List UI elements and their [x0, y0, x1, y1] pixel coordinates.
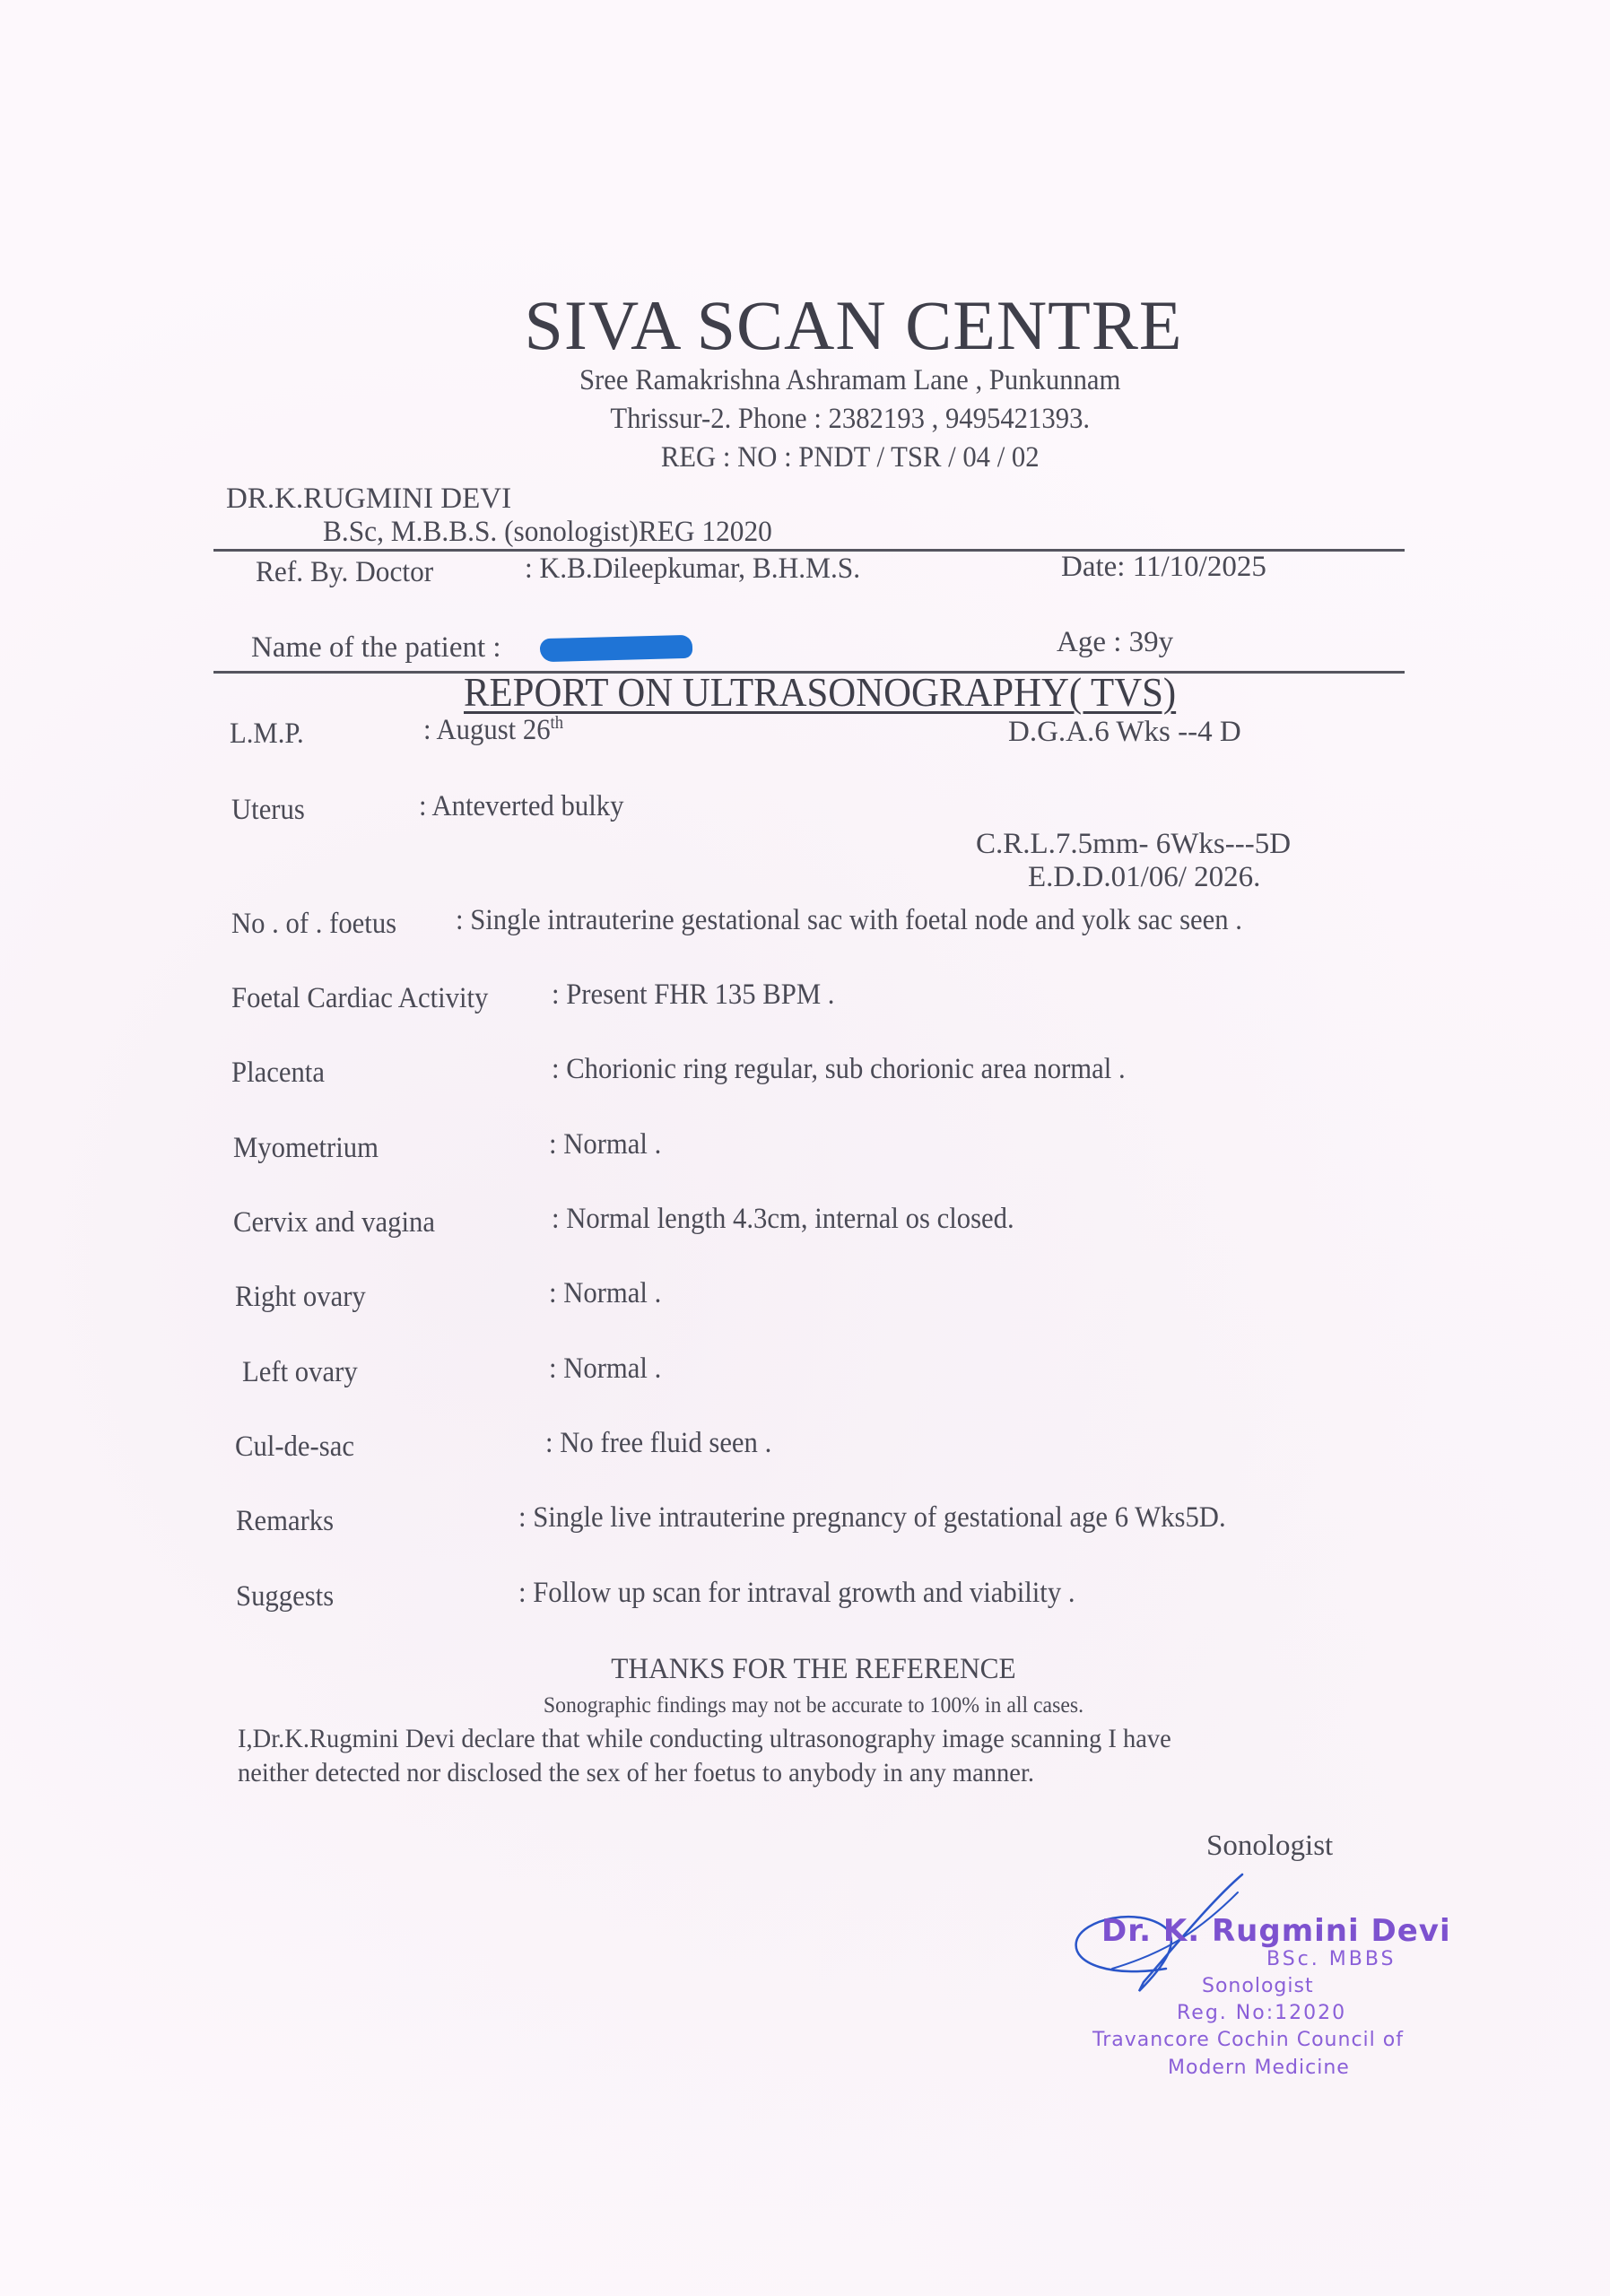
finding-value: : Normal .	[549, 1352, 661, 1386]
finding-label: Placenta	[231, 1057, 325, 1090]
finding-value: : Chorionic ring regular, sub chorionic …	[552, 1053, 1126, 1086]
finding-value: : Present FHR 135 BPM .	[552, 978, 834, 1012]
finding-value: : Single live intrauterine pregnancy of …	[518, 1501, 1226, 1535]
stamp-council-line2: Modern Medicine	[1168, 2057, 1350, 2079]
finding-value: : Anteverted bulky	[419, 790, 623, 823]
dga-value: D.G.A.6 Wks --4 D	[1008, 716, 1241, 749]
finding-label: Cervix and vagina	[233, 1206, 435, 1239]
finding-label: Uterus	[231, 794, 305, 827]
lmp-value: : August 26th	[423, 714, 563, 747]
finding-value: : No free fluid seen .	[545, 1427, 771, 1460]
finding-value: : Normal .	[549, 1277, 661, 1310]
lmp-label: L.M.P.	[230, 717, 304, 751]
ref-doctor-value: : K.B.Dileepkumar, B.H.M.S.	[525, 552, 860, 586]
stamp-role: Sonologist	[1202, 1975, 1314, 1997]
centre-reg-no: REG : NO : PNDT / TSR / 04 / 02	[57, 441, 1553, 474]
doctor-name: DR.K.RUGMINI DEVI	[226, 483, 511, 516]
stamp-reg: Reg. No:12020	[1177, 2002, 1346, 2024]
stamp-qualification: BSc. MBBS	[1266, 1948, 1397, 1970]
crl-value: C.R.L.7.5mm- 6Wks---5D	[976, 828, 1291, 861]
edd-value: E.D.D.01/06/ 2026.	[1028, 861, 1260, 894]
stamp-name: Dr. K. Rugmini Devi	[1101, 1913, 1451, 1949]
centre-address-line1: Sree Ramakrishna Ashramam Lane , Punkunn…	[57, 364, 1553, 397]
finding-value: : Normal length 4.3cm, internal os close…	[552, 1203, 1014, 1236]
finding-label: Cul-de-sac	[235, 1431, 354, 1464]
report-date: Date: 11/10/2025	[1061, 551, 1266, 584]
patient-name-label: Name of the patient :	[251, 631, 501, 665]
stamp-council-line1: Travancore Cochin Council of	[1092, 2029, 1404, 2051]
declaration-line2: neither detected nor disclosed the sex o…	[238, 1758, 1034, 1788]
declaration-line1: I,Dr.K.Rugmini Devi declare that while c…	[238, 1724, 1171, 1754]
finding-label: Right ovary	[235, 1281, 366, 1314]
lmp-date: : August 26	[423, 714, 551, 746]
centre-address-line2: Thrissur-2. Phone : 2382193 , 9495421393…	[57, 403, 1553, 436]
finding-label: Left ovary	[242, 1356, 358, 1389]
finding-label: Remarks	[236, 1505, 334, 1538]
finding-label: No . of . foetus	[231, 908, 396, 941]
report-title: REPORT ON ULTRASONOGRAPHY( TVS)	[464, 668, 1176, 716]
lmp-suffix: th	[551, 713, 563, 733]
patient-age: Age : 39y	[1057, 626, 1173, 659]
finding-value: : Normal .	[549, 1128, 661, 1161]
finding-value: : Follow up scan for intraval growth and…	[518, 1577, 1075, 1610]
doctor-qualification: B.Sc, M.B.B.S. (sonologist)REG 12020	[323, 516, 772, 549]
patient-name-redaction	[540, 635, 693, 662]
centre-name: SIVA SCAN CENTRE	[0, 285, 1610, 366]
thanks-note: THANKS FOR THE REFERENCE	[40, 1653, 1570, 1686]
ref-doctor-label: Ref. By. Doctor	[256, 556, 433, 589]
finding-label: Myometrium	[233, 1132, 379, 1165]
finding-value: : Single intrauterine gestational sac wi…	[456, 904, 1242, 937]
disclaimer: Sonographic findings may not be accurate…	[40, 1693, 1570, 1718]
finding-label: Foetal Cardiac Activity	[231, 982, 488, 1015]
finding-label: Suggests	[236, 1580, 334, 1613]
